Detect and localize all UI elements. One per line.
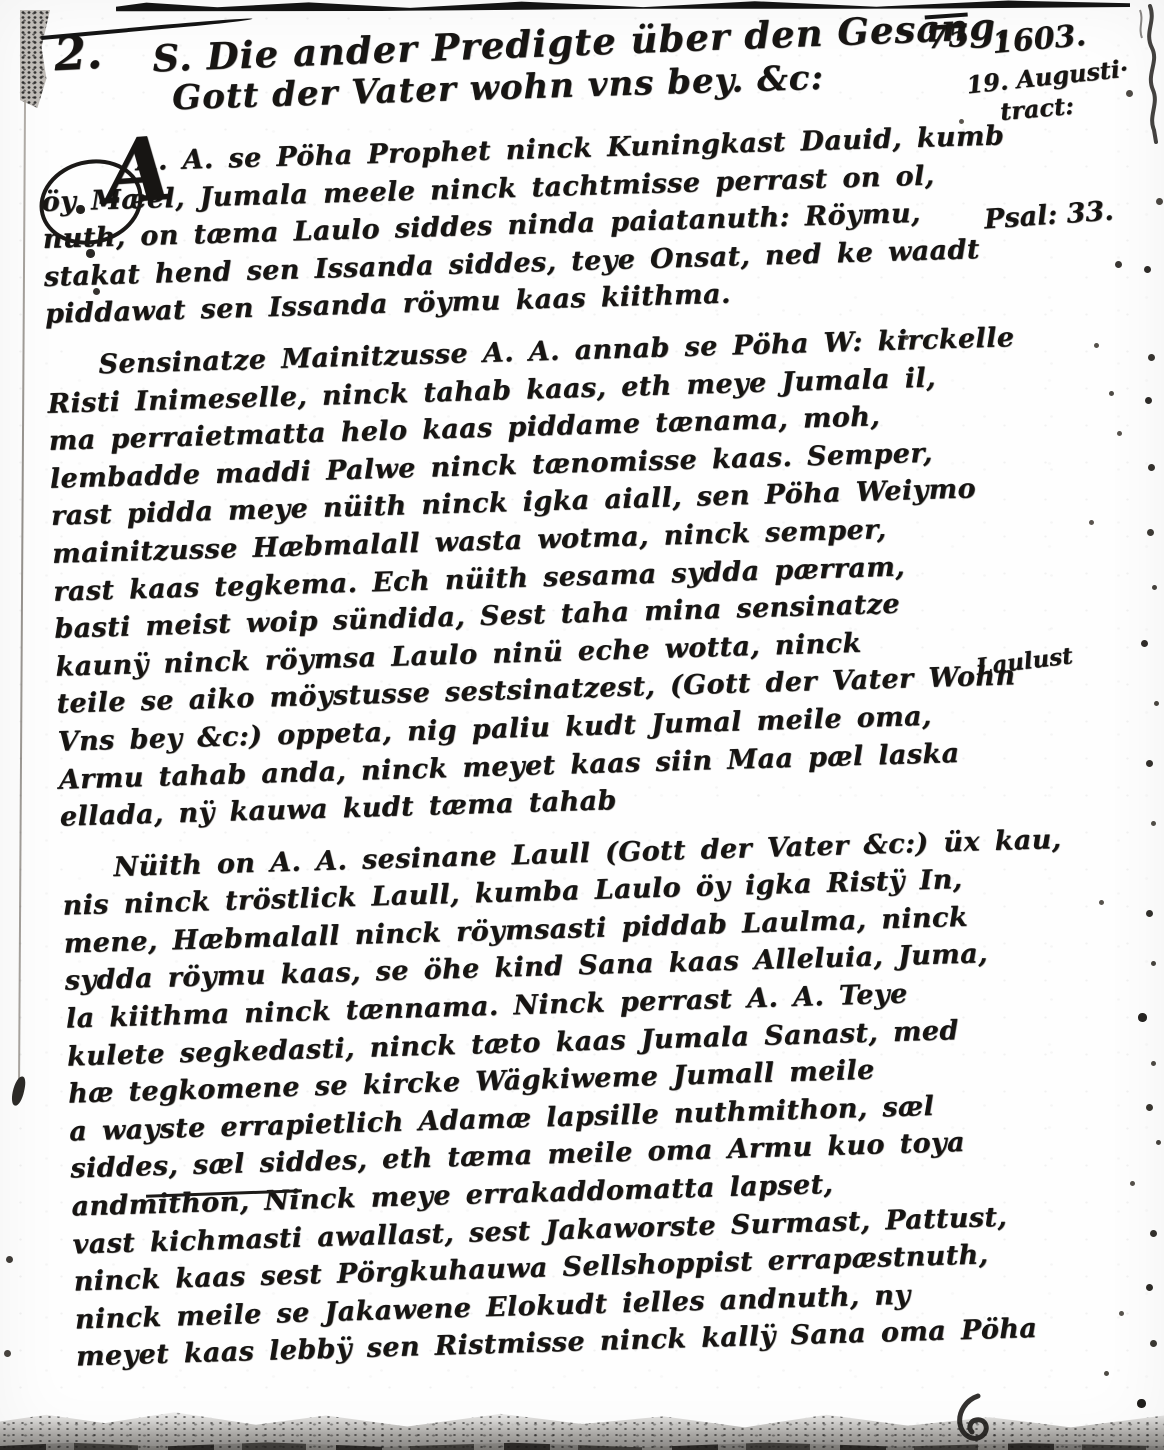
date-year: 1603.: [991, 18, 1088, 61]
page-number: 75: [925, 13, 971, 57]
page-label: 2.: [53, 25, 104, 81]
date-note: tract:: [999, 91, 1075, 126]
body-text: A. A. se Pöha Prophet ninck Kuningkast D…: [40, 118, 1037, 1391]
initial-capital: A: [100, 116, 175, 225]
paragraph: Sensinatze Mainitzusse A. A. annab se Pö…: [46, 319, 1020, 836]
manuscript-page: 2. S. Die ander Predigte über den Gesang…: [0, 0, 1164, 1450]
scan-corner-top-left: [20, 10, 50, 108]
paragraph: A. A. se Pöha Prophet ninck Kuningkast D…: [40, 118, 1005, 334]
page-fold-line: [18, 100, 26, 1095]
paragraph: Nüith on A. A. sesinane Laull (Gott der …: [61, 822, 1036, 1377]
ink-blot-left: [10, 1075, 27, 1107]
ink-squiggle-bottom: [944, 1392, 1004, 1450]
scan-tear-top-right: [1126, 4, 1162, 144]
scan-specks: [0, 0, 3, 3]
